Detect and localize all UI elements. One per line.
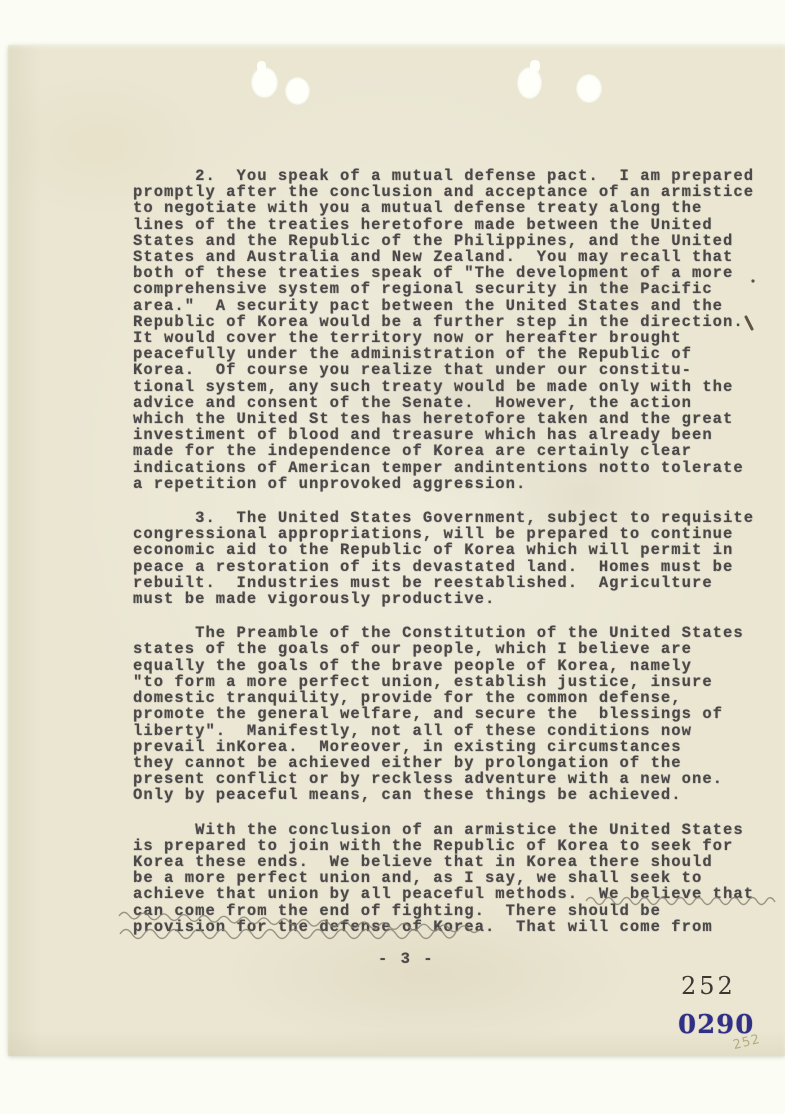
paragraph-point-3: 3. The United States Government, subject… — [133, 510, 773, 607]
punch-hole-notch — [257, 61, 266, 72]
typewritten-body: 2. You speak of a mutual defense pact. I… — [133, 168, 773, 953]
paragraph-preamble: The Preamble of the Constitution of the … — [133, 625, 773, 803]
punch-hole-icon — [576, 74, 602, 103]
paragraph-conclusion: With the conclusion of an armistice the … — [133, 822, 773, 935]
punch-hole-icon — [285, 77, 310, 105]
folio-number: 252 — [681, 973, 736, 999]
punch-hole-icon — [251, 67, 278, 98]
paragraph-point-2: 2. You speak of a mutual defense pact. I… — [133, 168, 773, 492]
punch-hole-icon — [517, 67, 542, 99]
punch-hole-notch — [530, 60, 540, 72]
page-number: - 3 - — [378, 951, 435, 967]
scanned-document: 2. You speak of a mutual defense pact. I… — [0, 0, 785, 1114]
